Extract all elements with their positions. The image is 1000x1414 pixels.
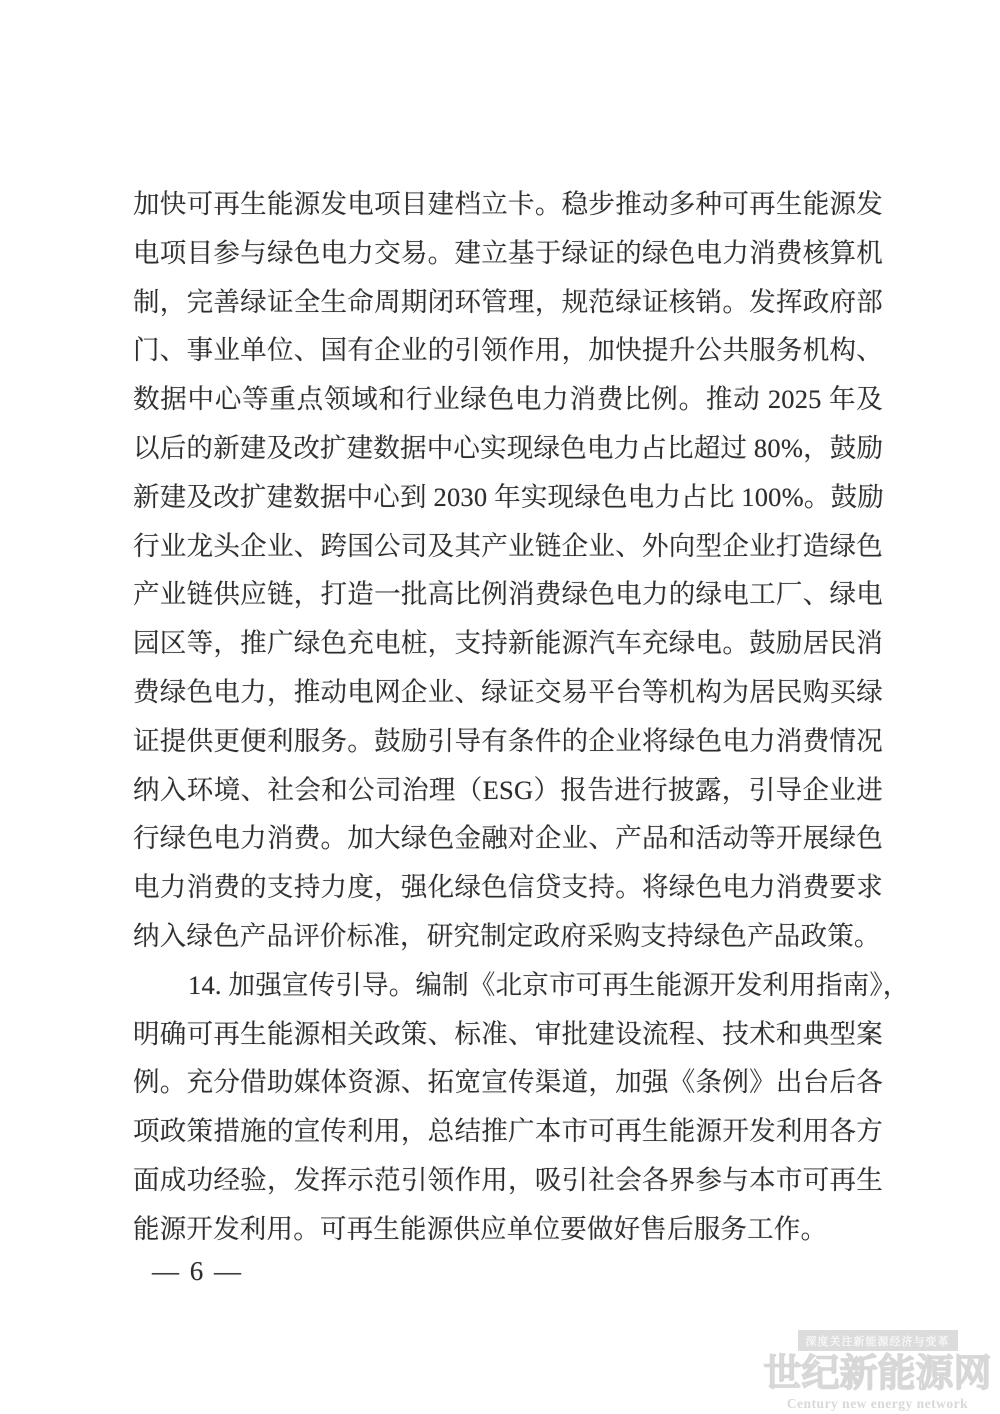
- text-line: 电项目参与绿色电力交易。建立基于绿证的绿色电力消费核算机: [133, 229, 883, 278]
- text-line: 纳入环境、社会和公司治理（ESG）报告进行披露，引导企业进: [133, 766, 883, 815]
- site-watermark: 深度关注新能源经济与变革 世纪新能源网 Century new energy n…: [760, 1330, 995, 1412]
- text-line: 明确可再生能源相关政策、标准、审批建设流程、技术和典型案: [133, 1010, 883, 1059]
- watermark-site-name-en: Century new energy network: [760, 1396, 995, 1412]
- text-line: 数据中心等重点领域和行业绿色电力消费比例。推动 2025 年及: [133, 375, 883, 424]
- text-line: 制，完善绿证全生命周期闭环管理，规范绿证核销。发挥政府部: [133, 278, 883, 327]
- text-line: 新建及改扩建数据中心到 2030 年实现绿色电力占比 100%。鼓励: [133, 473, 883, 522]
- watermark-site-name: 世纪新能源网: [760, 1353, 995, 1395]
- text-line: 加快可再生能源发电项目建档立卡。稳步推动多种可再生能源发: [133, 180, 883, 229]
- text-line: 产业链供应链，打造一批高比例消费绿色电力的绿电工厂、绿电: [133, 570, 883, 619]
- text-line: 例。充分借助媒体资源、拓宽宣传渠道，加强《条例》出台后各: [133, 1058, 883, 1107]
- document-page: 加快可再生能源发电项目建档立卡。稳步推动多种可再生能源发 电项目参与绿色电力交易…: [0, 0, 1000, 1414]
- text-line: 以后的新建及改扩建数据中心实现绿色电力占比超过 80%，鼓励: [133, 424, 883, 473]
- text-line: 门、事业单位、国有企业的引领作用，加快提升公共服务机构、: [133, 326, 883, 375]
- text-line: 面成功经验，发挥示范引领作用，吸引社会各界参与本市可再生: [133, 1156, 883, 1205]
- text-line: 费绿色电力，推动电网企业、绿证交易平台等机构为居民购买绿: [133, 668, 883, 717]
- text-line: 园区等，推广绿色充电桩，支持新能源汽车充绿电。鼓励居民消: [133, 619, 883, 668]
- document-body: 加快可再生能源发电项目建档立卡。稳步推动多种可再生能源发 电项目参与绿色电力交易…: [133, 180, 883, 1254]
- text-line: 纳入绿色产品评价标准，研究制定政府采购支持绿色产品政策。: [133, 912, 883, 961]
- text-line: 电力消费的支持力度，强化绿色信贷支持。将绿色电力消费要求: [133, 863, 883, 912]
- text-line: 证提供更便利服务。鼓励引导有条件的企业将绿色电力消费情况: [133, 717, 883, 766]
- text-line: 能源开发利用。可再生能源供应单位要做好售后服务工作。: [133, 1205, 883, 1254]
- text-line: 项政策措施的宣传利用，总结推广本市可再生能源开发利用各方: [133, 1107, 883, 1156]
- text-line: 行绿色电力消费。加大绿色金融对企业、产品和活动等开展绿色: [133, 814, 883, 863]
- text-line: 行业龙头企业、跨国公司及其产业链企业、外向型企业打造绿色: [133, 522, 883, 571]
- text-line-paragraph-start: 14. 加强宣传引导。编制《北京市可再生能源开发利用指南》，: [133, 961, 883, 1010]
- page-number: — 6 —: [152, 1256, 243, 1287]
- watermark-tagline: 深度关注新能源经济与变革: [798, 1330, 958, 1351]
